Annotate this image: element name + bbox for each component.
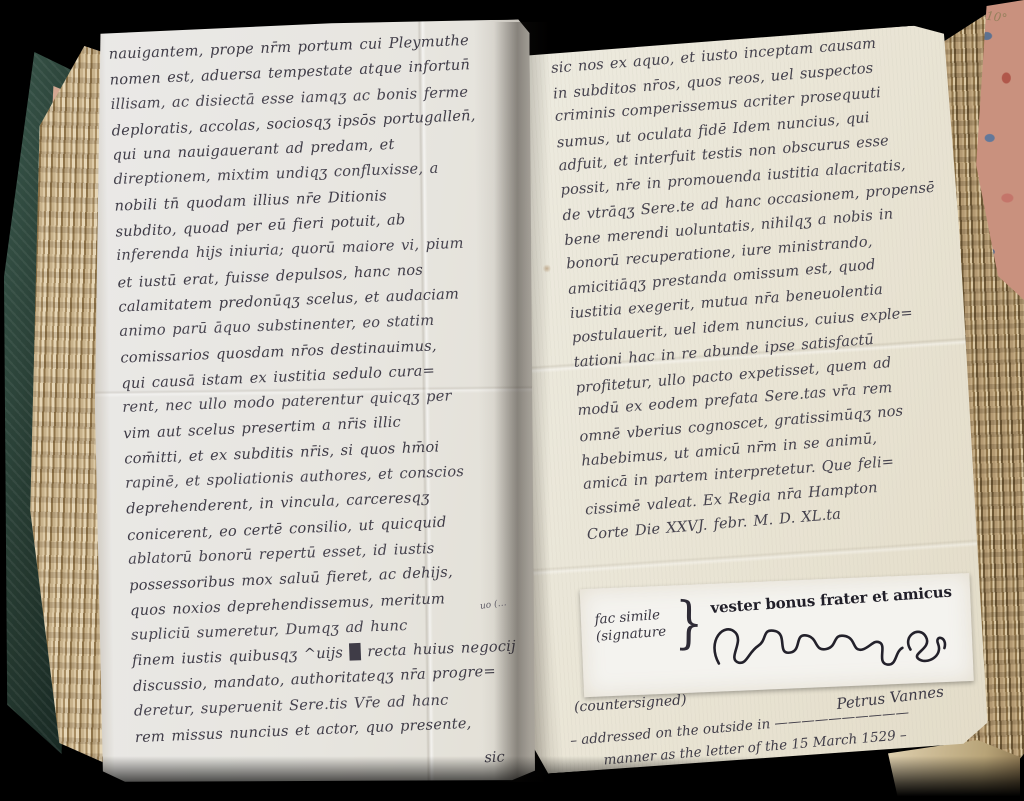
folio-number: 10°: [985, 9, 1008, 26]
left-page-text: nauigantem, prope nr̄m portum cui Pleymu…: [108, 31, 531, 754]
royal-signature-flourish-icon: [703, 604, 955, 678]
pages-under-right-leaf: [888, 740, 1020, 801]
signature-facsimile-slip: fac simile (signature } vester bonus fra…: [580, 573, 974, 697]
right-page: sic nos ex aquo, et iusto inceptam causa…: [487, 24, 994, 775]
facsimile-label: fac simile (signature: [594, 607, 667, 646]
catchword: sic: [484, 748, 505, 766]
manuscript-book-photo: sic nos ex aquo, et iusto inceptam causa…: [0, 0, 1024, 801]
left-page: nauigantem, prope nr̄m portum cui Pleymu…: [89, 19, 538, 786]
right-page-text: sic nos ex aquo, et iusto inceptam causa…: [551, 31, 970, 551]
curly-brace: }: [674, 590, 703, 656]
